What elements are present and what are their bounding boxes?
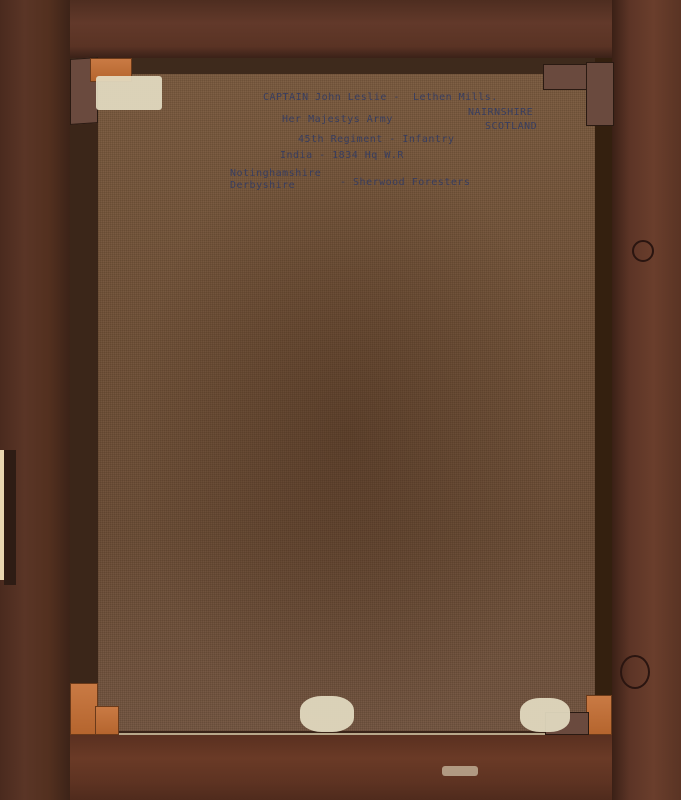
inscription-regiment: 45th Regiment - Infantry [298, 134, 455, 145]
inscription-notts: Notinghamshire [230, 168, 321, 179]
paper-patch-top-left [96, 76, 162, 110]
inscription-name: CAPTAIN John Leslie - [263, 92, 400, 103]
stretcher-shadow-left [70, 58, 98, 733]
inscription-foresters: - Sherwood Foresters [340, 177, 470, 188]
inscription-place: Lethen Mills. [413, 92, 498, 103]
corner-key-bottom-left [70, 683, 98, 735]
inscription-derby: Derbyshire [230, 180, 295, 191]
corner-key-bottom-right [586, 695, 612, 735]
paper-patch-bottom-right [520, 698, 570, 732]
inscription-county: NAIRNSHIRE [468, 107, 533, 118]
left-edge-label [0, 450, 4, 580]
inscription-india: India - 1834 Hq W.R [280, 150, 404, 161]
corner-key-top-right-vertical [586, 62, 614, 126]
left-edge-label-shadow [4, 450, 16, 585]
paint-fleck-bottom-bar [442, 766, 478, 776]
wood-knot-right-lower [620, 655, 650, 689]
corner-wedge-bottom-left [95, 706, 119, 735]
canvas-reverse [98, 74, 595, 731]
stretcher-bottom-bar [70, 733, 612, 800]
frame-left-rail [0, 0, 70, 800]
corner-key-top-right-horizontal [543, 64, 591, 90]
inscription-country: SCOTLAND [485, 121, 537, 132]
stretcher-top-bar [70, 0, 612, 60]
paper-patch-bottom-center [300, 696, 354, 732]
stretcher-shadow-top [70, 58, 612, 74]
wood-knot-right-upper [632, 240, 654, 262]
stretcher-shadow-right [595, 58, 612, 733]
inscription-army: Her Majestys Army [282, 114, 393, 125]
